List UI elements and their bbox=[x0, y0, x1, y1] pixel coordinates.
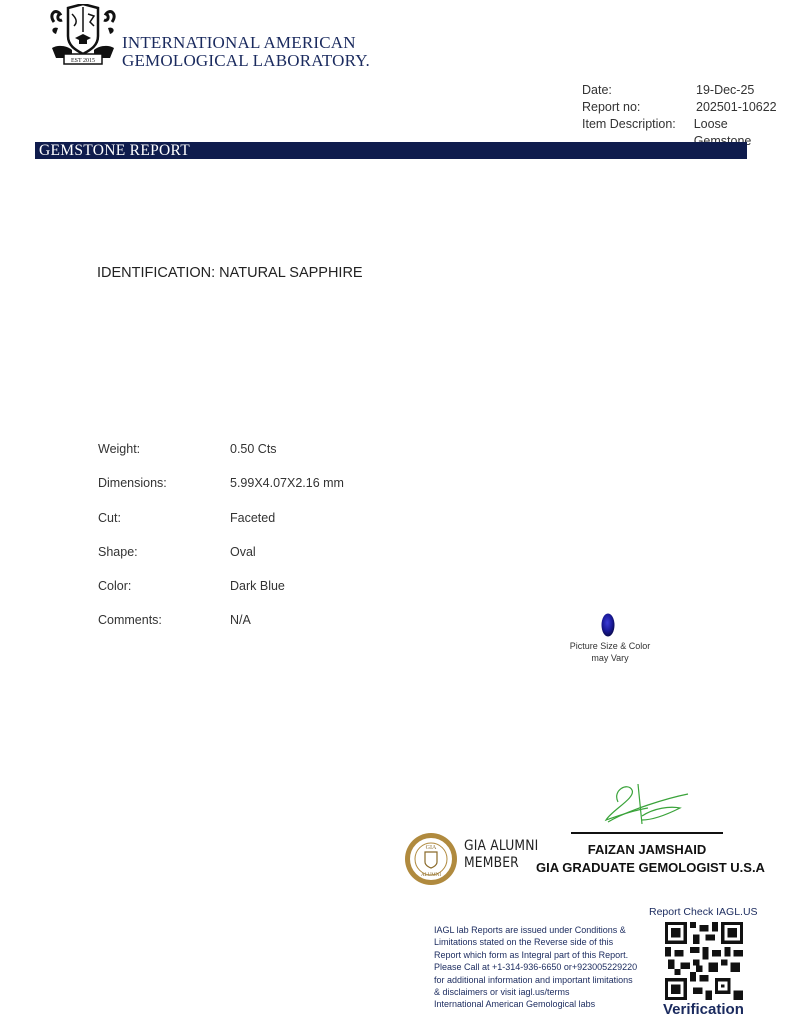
property-label: Weight: bbox=[98, 442, 230, 476]
signature-line bbox=[571, 832, 723, 834]
image-caption: Picture Size & Color may Vary bbox=[562, 640, 658, 664]
property-row: Shape:Oval bbox=[98, 545, 344, 579]
property-value: Dark Blue bbox=[230, 579, 285, 613]
svg-text:ALUMNI: ALUMNI bbox=[421, 873, 441, 878]
report-number-value: 202501-10622 bbox=[696, 99, 777, 116]
signer-title: GIA GRADUATE GEMOLOGIST U.S.A bbox=[536, 860, 765, 875]
property-value: 0.50 Cts bbox=[230, 442, 277, 476]
property-label: Color: bbox=[98, 579, 230, 613]
property-row: Dimensions:5.99X4.07X2.16 mm bbox=[98, 476, 344, 510]
disclaimer-line: Report which form as Integral part of th… bbox=[434, 949, 664, 961]
gia-line2: MEMBER bbox=[464, 855, 538, 872]
svg-text:EST 2015: EST 2015 bbox=[71, 58, 95, 64]
gia-alumni-label: GIA ALUMNI MEMBER bbox=[464, 838, 538, 872]
signature-icon bbox=[598, 780, 690, 830]
organization-name: INTERNATIONAL AMERICAN GEMOLOGICAL LABOR… bbox=[122, 34, 370, 70]
report-check-label: Report Check IAGL.US bbox=[649, 906, 758, 918]
report-title: GEMSTONE REPORT bbox=[35, 142, 190, 159]
property-row: Weight:0.50 Cts bbox=[98, 442, 344, 476]
disclaimer-line: Please Call at +1-314-936-6650 or+923005… bbox=[434, 961, 664, 973]
qr-code-icon[interactable] bbox=[665, 922, 743, 1000]
property-label: Cut: bbox=[98, 511, 230, 545]
report-title-banner: GEMSTONE REPORT bbox=[35, 142, 747, 159]
identification: IDENTIFICATION: NATURAL SAPPHIRE bbox=[97, 265, 363, 281]
gem-properties: Weight:0.50 Cts Dimensions:5.99X4.07X2.1… bbox=[98, 442, 344, 648]
crest-emblem-icon: EST 2015 bbox=[48, 4, 118, 66]
verification-button[interactable]: Verification bbox=[663, 1001, 744, 1018]
property-label: Comments: bbox=[98, 613, 230, 647]
gia-alumni-seal-icon: GIA ALUMNI bbox=[404, 832, 458, 886]
property-row: Color:Dark Blue bbox=[98, 579, 344, 613]
disclaimer-line: International American Gemological labs bbox=[434, 998, 664, 1010]
property-label: Dimensions: bbox=[98, 476, 230, 510]
org-name-line2: GEMOLOGICAL LABORATORY. bbox=[122, 52, 370, 70]
caption-line1: Picture Size & Color bbox=[562, 640, 658, 652]
disclaimer-line: & disclaimers or visit iagl.us/terms bbox=[434, 986, 664, 998]
disclaimer-line: Limitations stated on the Reverse side o… bbox=[434, 936, 664, 948]
caption-line2: may Vary bbox=[562, 652, 658, 664]
property-value: Faceted bbox=[230, 511, 275, 545]
property-value: N/A bbox=[230, 613, 251, 647]
property-row: Cut:Faceted bbox=[98, 511, 344, 545]
report-number-label: Report no: bbox=[582, 99, 696, 116]
oval-sapphire-icon bbox=[601, 613, 615, 637]
svg-text:GIA: GIA bbox=[426, 845, 437, 851]
gia-line1: GIA ALUMNI bbox=[464, 838, 538, 855]
date-value: 19-Dec-25 bbox=[696, 82, 754, 99]
date-label: Date: bbox=[582, 82, 696, 99]
org-name-line1: INTERNATIONAL AMERICAN bbox=[122, 34, 370, 52]
signer-name: FAIZAN JAMSHAID bbox=[571, 842, 723, 857]
disclaimer: IAGL lab Reports are issued under Condit… bbox=[434, 924, 664, 1011]
property-label: Shape: bbox=[98, 545, 230, 579]
disclaimer-line: for additional information and important… bbox=[434, 974, 664, 986]
property-value: 5.99X4.07X2.16 mm bbox=[230, 476, 344, 510]
property-row: Comments:N/A bbox=[98, 613, 344, 647]
property-value: Oval bbox=[230, 545, 256, 579]
disclaimer-line: IAGL lab Reports are issued under Condit… bbox=[434, 924, 664, 936]
report-meta: Date:19-Dec-25 Report no:202501-10622 It… bbox=[582, 82, 787, 150]
